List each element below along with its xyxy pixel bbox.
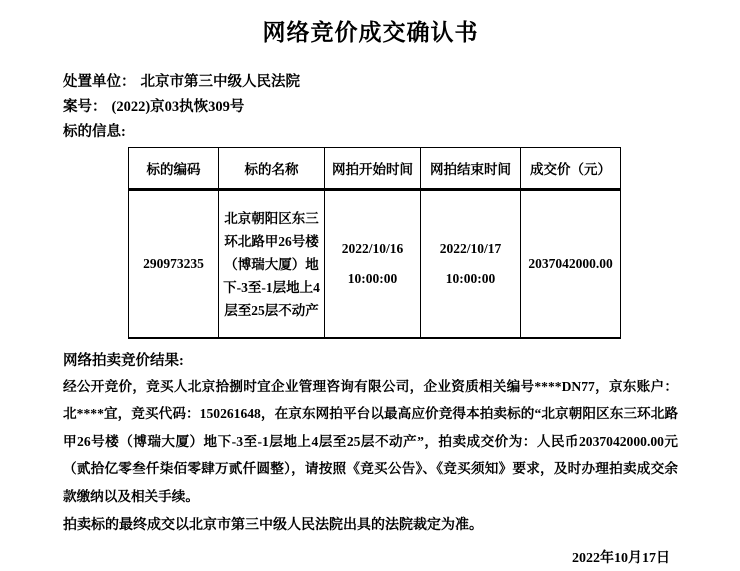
price-cell: 2037042000.00 <box>521 190 621 339</box>
header-price: 成交价（元） <box>521 148 621 190</box>
header-lot-code: 标的编码 <box>129 148 219 190</box>
result-heading: 网络拍卖竞价结果: <box>63 351 678 371</box>
header-start-time: 网拍开始时间 <box>325 148 421 190</box>
table-row: 290973235 北京朝阳区东三环北路甲26号楼（博瑞大厦）地下-3至-1层地… <box>129 190 621 339</box>
disposal-unit-label: 处置单位： <box>63 74 136 90</box>
final-note: 拍卖标的最终成交以北京市第三中级人民法院出具的法院裁定为准。 <box>63 512 678 539</box>
case-number-value: (2022)京03执恢309号 <box>112 99 245 115</box>
result-paragraph: 经公开竞价，竞买人北京拾捌时宜企业管理咨询有限公司，企业资质相关编号****DN… <box>63 373 678 510</box>
lot-code-cell: 290973235 <box>129 190 219 339</box>
auction-info-table: 标的编码 标的名称 网拍开始时间 网拍结束时间 成交价（元） 290973235… <box>128 147 621 339</box>
lot-info-label: 标的信息: <box>63 120 678 145</box>
case-number-label: 案号： <box>63 99 107 115</box>
case-number-line: 案号：(2022)京03执恢309号 <box>63 95 678 120</box>
end-time-text: 10:00:00 <box>424 264 517 294</box>
disposal-unit-line: 处置单位：北京市第三中级人民法院 <box>63 70 678 95</box>
confirmation-document: 网络竞价成交确认书 处置单位：北京市第三中级人民法院 案号：(2022)京03执… <box>0 0 740 571</box>
header-lot-name: 标的名称 <box>219 148 325 190</box>
start-date-text: 2022/10/16 <box>328 234 417 264</box>
disposal-unit-value: 北京市第三中级人民法院 <box>141 74 301 90</box>
header-end-time: 网拍结束时间 <box>421 148 521 190</box>
end-time-cell: 2022/10/17 10:00:00 <box>421 190 521 339</box>
start-time-cell: 2022/10/16 10:00:00 <box>325 190 421 339</box>
lot-name-cell: 北京朝阳区东三环北路甲26号楼（博瑞大厦）地下-3至-1层地上4层至25层不动产 <box>219 190 325 339</box>
start-time-text: 10:00:00 <box>328 264 417 294</box>
document-date: 2022年10月17日 <box>63 549 678 569</box>
table-header-row: 标的编码 标的名称 网拍开始时间 网拍结束时间 成交价（元） <box>129 148 621 190</box>
document-title: 网络竞价成交确认书 <box>63 18 678 48</box>
end-date-text: 2022/10/17 <box>424 234 517 264</box>
